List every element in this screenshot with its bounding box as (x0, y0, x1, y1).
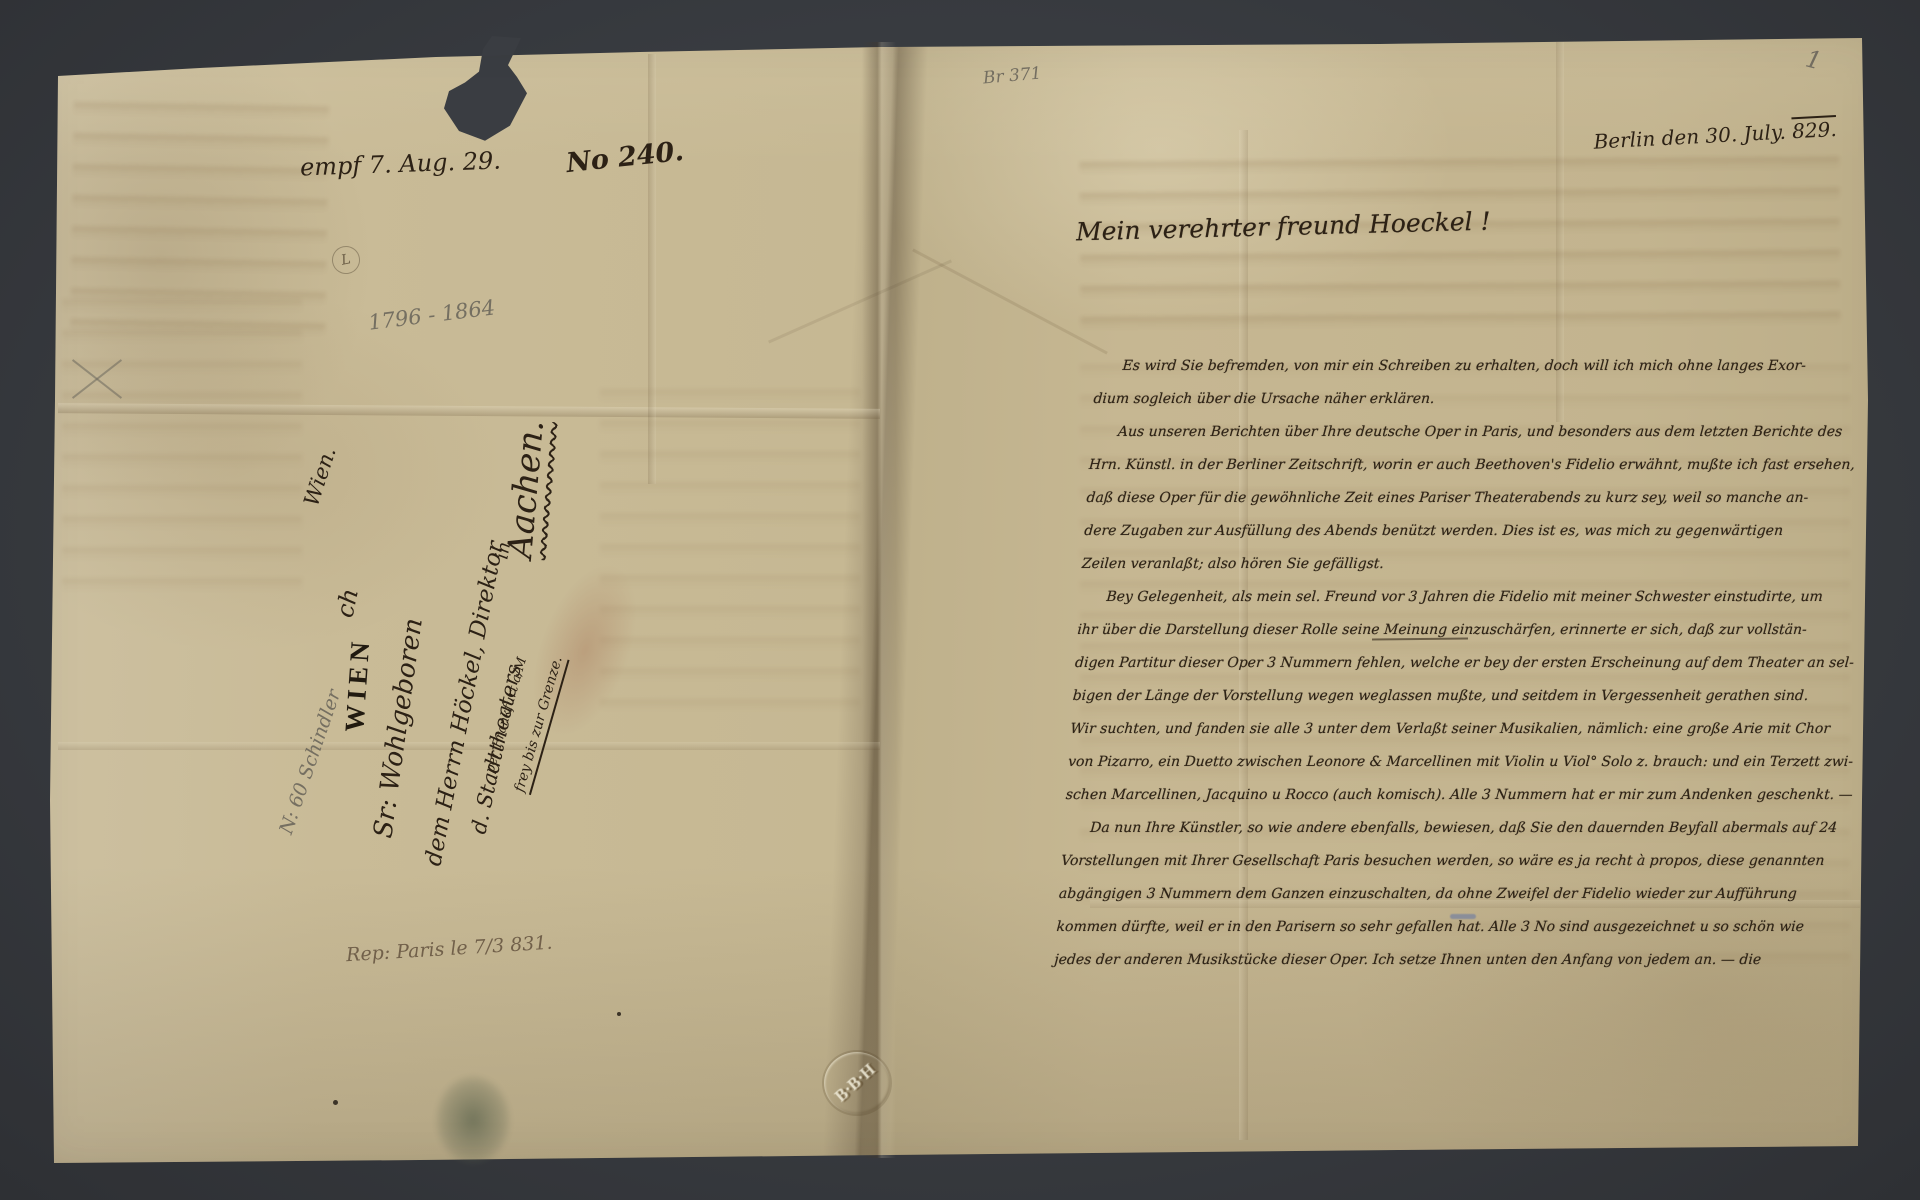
letter-body-line: ihr über die Darstellung dieser Rolle se… (1076, 614, 1878, 647)
letter-body-line: Da nun Ihre Künstler, so wie andere eben… (1062, 812, 1864, 845)
embossed-library-stamp: B·B·H (822, 1050, 892, 1116)
ink-speck (333, 1100, 338, 1105)
postal-mark-letter: L (340, 251, 352, 269)
letter-body-line: daß diese Oper für die gewöhnliche Zeit … (1085, 482, 1887, 515)
embossed-stamp-letters: B·B·H (833, 1060, 881, 1106)
letter-body-line: jedes der anderen Musikstücke dieser Ope… (1053, 944, 1855, 977)
letter-body-line: Aus unseren Berichten über Ihre deutsche… (1090, 416, 1892, 449)
letter-body-line: Bey Gelegenheit, als mein sel. Freund vo… (1078, 581, 1880, 614)
photo-background: empf 7. Aug. 29. No 240. L 1796 - 1864 N… (0, 0, 1920, 1200)
letter-body-line: Zeilen veranlaßt; also hören Sie gefälli… (1081, 548, 1883, 581)
letter-body-line: Vorstellungen mit Ihrer Gesellschaft Par… (1060, 845, 1862, 878)
wien-postmark-stamp: WIEN (339, 636, 377, 733)
letter-body-line: Hrn. Künstl. in der Berliner Zeitschrift… (1088, 449, 1890, 482)
letter-body-line: Wir suchten, und fanden sie alle 3 unter… (1069, 713, 1871, 746)
letter-body-line: dere Zugaben zur Ausfüllung des Abends b… (1083, 515, 1885, 548)
dateline: Berlin den 30. July. 829. (1566, 93, 1838, 179)
letter-body-line: kommen dürfte, weil er in den Parisern s… (1055, 911, 1857, 944)
dateline-place-day: Berlin den 30. July. (1593, 119, 1793, 153)
letter-body-line: abgängigen 3 Nummern dem Ganzen einzusch… (1058, 878, 1860, 911)
letter-body-line: schen Marcellinen, Jacquino u Rocco (auc… (1065, 779, 1867, 812)
letter-body: Es wird Sie befremden, von mir ein Schre… (1053, 350, 1897, 977)
letter-body-line: digen Partitur dieser Oper 3 Nummern feh… (1074, 647, 1876, 680)
letter-body-line: Es wird Sie befremden, von mir ein Schre… (1095, 350, 1897, 383)
dateline-year: 829. (1792, 117, 1838, 143)
wien-stamp-prefix: ch (331, 586, 364, 620)
letter-body-line: dium sogleich über die Ursache näher erk… (1092, 383, 1894, 416)
letter-body-line: von Pizarro, ein Duetto zwischen Leonore… (1067, 746, 1869, 779)
letter-body-line: bigen der Länge der Vorstellung wegen we… (1072, 680, 1874, 713)
ink-speck (617, 1012, 621, 1016)
